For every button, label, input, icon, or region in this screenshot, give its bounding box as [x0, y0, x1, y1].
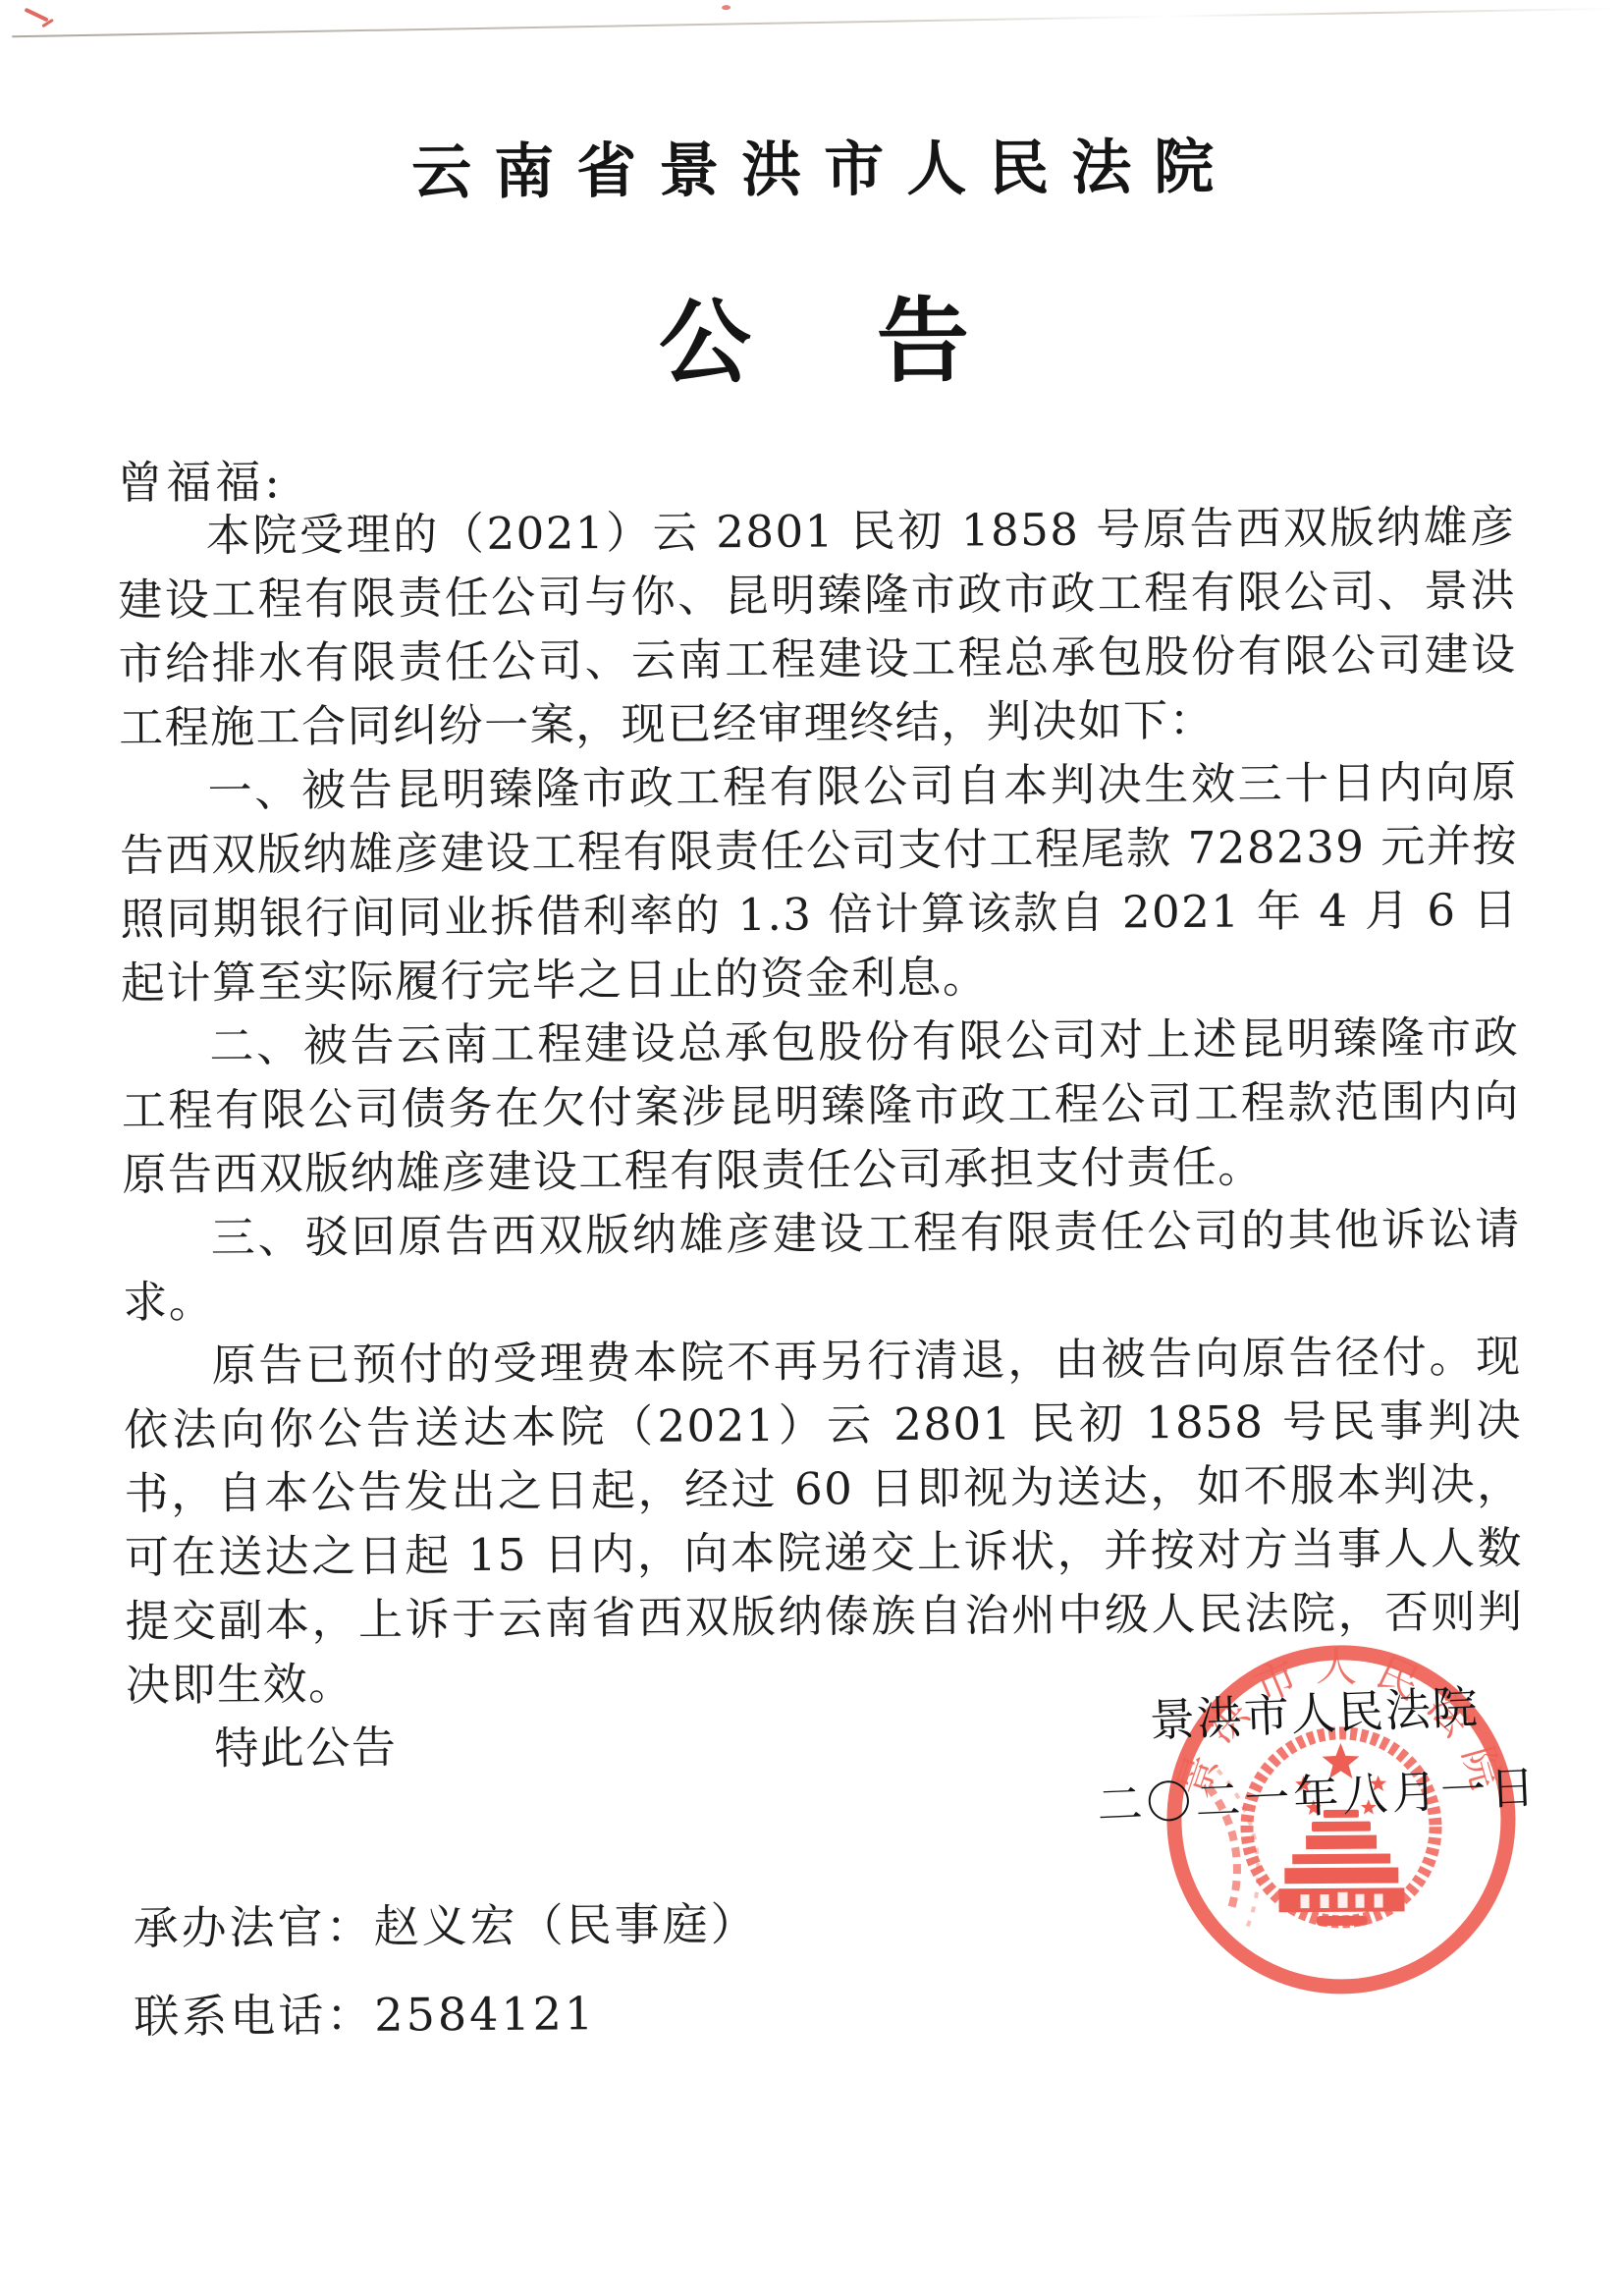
- judge-name: 赵义宏（民事庭）: [373, 1897, 758, 1953]
- judge-line: 承办法官：赵义宏（民事庭）: [133, 1888, 758, 1957]
- phone-label: 联系电话：: [134, 1989, 374, 2044]
- announcement-title: 公告: [2, 262, 1623, 407]
- signature-block: 景洪市人民法院 二〇二一年八月一日: [1078, 1668, 1555, 1835]
- scanned-content: 云南省景洪市人民法院 公告 曾福福: 本院受理的（2021）云 2801 民初 …: [0, 0, 1623, 2296]
- phone-line: 联系电话：2584121: [134, 1977, 759, 2046]
- judge-label: 承办法官：: [134, 1900, 374, 1955]
- body-paragraph: 本院受理的（2021）云 2801 民初 1858 号原告西双版纳雄彦建设工程有…: [118, 495, 1518, 760]
- court-name-heading: 云南省景洪市人民法院: [1, 117, 1623, 214]
- red-ink-speck: [722, 5, 730, 10]
- body-paragraph: 三、驳回原告西双版纳雄彦建设工程有限责任公司的其他诉讼请求。: [123, 1197, 1522, 1335]
- announcement-document-page: 云南省景洪市人民法院 公告 曾福福: 本院受理的（2021）云 2801 民初 …: [0, 0, 1623, 2296]
- announcement-body: 本院受理的（2021）云 2801 民初 1858 号原告西双版纳雄彦建设工程有…: [118, 495, 1525, 1781]
- scan-artifact-line: [12, 8, 1617, 38]
- red-ink-speck: [24, 8, 48, 23]
- contact-block: 承办法官：赵义宏（民事庭） 联系电话：2584121: [133, 1888, 759, 2069]
- phone-number: 2584121: [374, 1987, 596, 2042]
- body-paragraph: 原告已预付的受理费本院不再另行清退，由被告向原告径付。现依法向你公告送达本院（2…: [123, 1325, 1524, 1718]
- seal-emblem-gate: [1278, 1809, 1405, 1926]
- body-paragraph: 二、被告云南工程建设总承包股份有限公司对上述昆明臻隆市政工程有限公司债务在欠付案…: [121, 1006, 1520, 1207]
- body-paragraph: 一、被告昆明臻隆市政工程有限公司自本判决生效三十日内向原告西双版纳雄彦建设工程有…: [119, 750, 1519, 1015]
- recipient-name: 曾福福:: [117, 446, 284, 512]
